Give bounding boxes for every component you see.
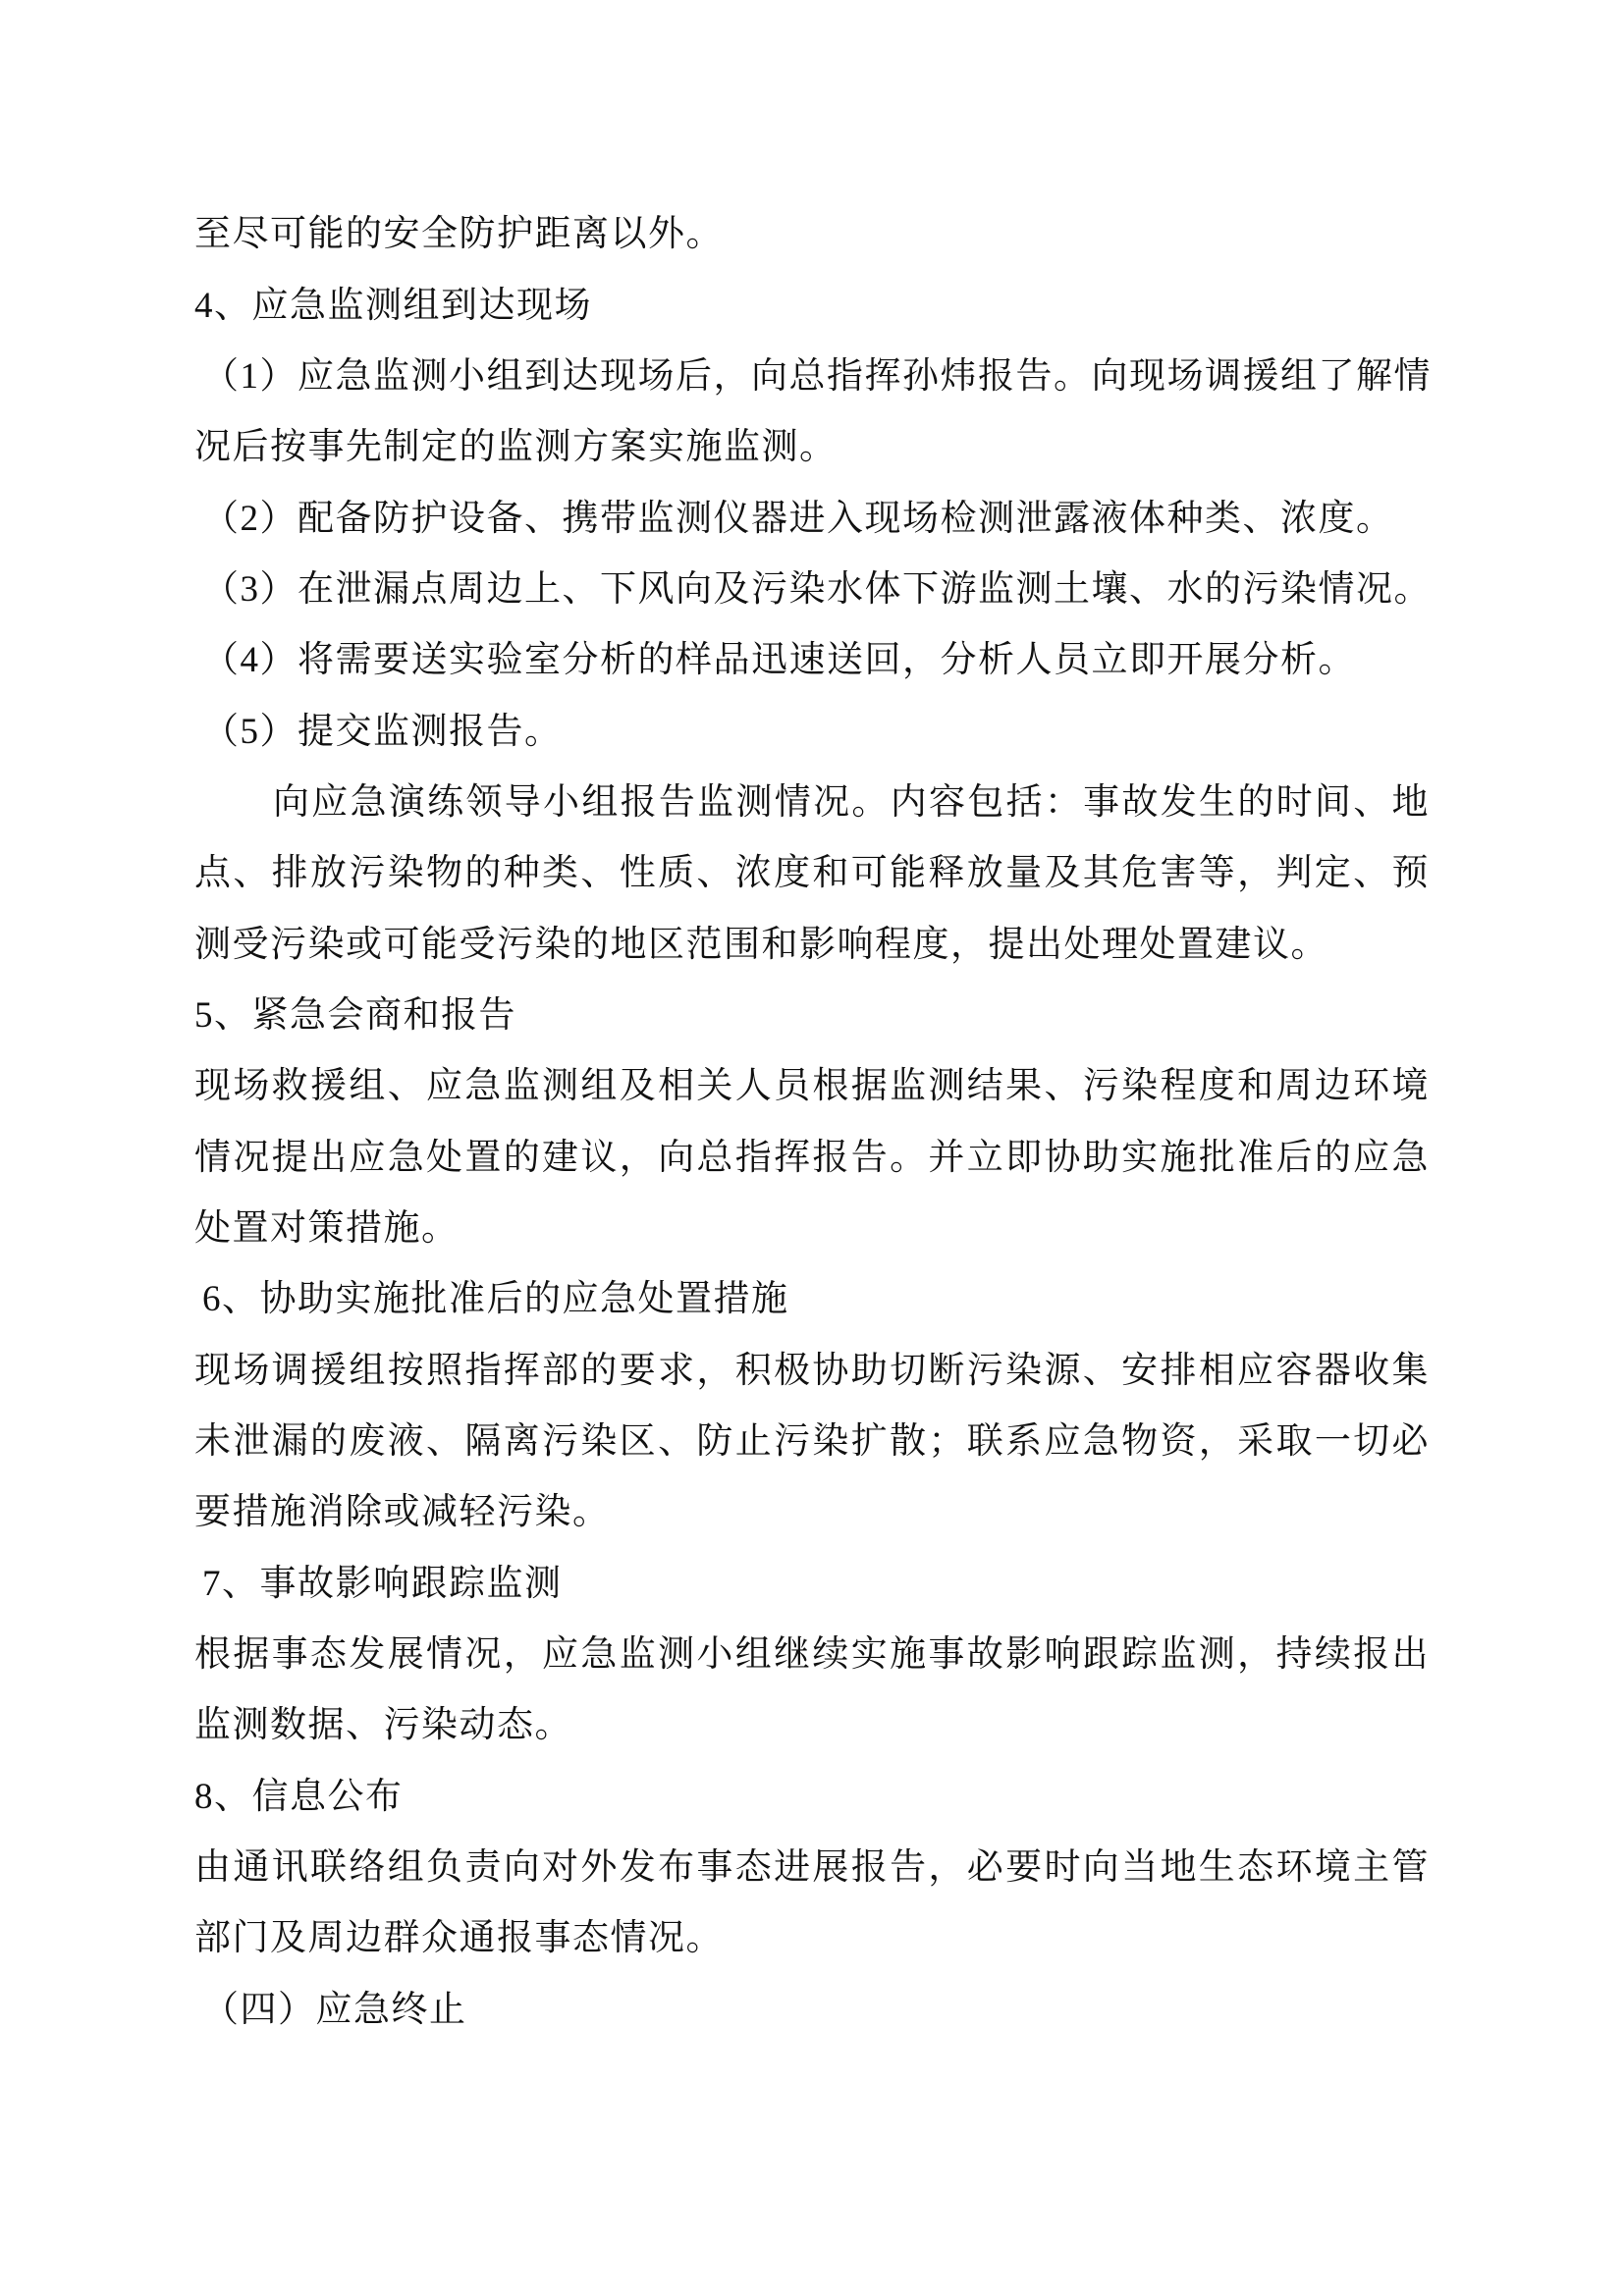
paragraph-line: 至尽可能的安全防护距离以外。	[194, 213, 724, 256]
list-item-2: （2）配备防护设备、携带监测仪器进入现场检测泄露液体种类、浓度。	[202, 498, 1394, 541]
section-heading-5: 5、紧急会商和报告	[194, 994, 516, 1038]
document-page: 至尽可能的安全防护距离以外。 4、应急监测组到达现场 （1）应急监测小组到达现场…	[0, 0, 1624, 2296]
paragraph-consult-line-3: 处置对策措施。	[194, 1207, 460, 1251]
paragraph-assist-line-3: 要措施消除或减轻污染。	[194, 1491, 611, 1534]
section-heading-termination: （四）应急终止	[202, 1989, 467, 2032]
list-item-1: （1）应急监测小组到达现场后，向总指挥孙炜报告。向现场调援组了解情	[202, 355, 1430, 399]
list-item-3: （3）在泄漏点周边上、下风向及污染水体下游监测土壤、水的污染情况。	[202, 568, 1432, 612]
paragraph-info-line-1: 由通讯联络组负责向对外发布事态进展报告，必要时向当地生态环境主管	[194, 1846, 1430, 1890]
section-heading-6: 6、协助实施批准后的应急处置措施	[202, 1278, 789, 1321]
paragraph-report-line-1: 向应急演练领导小组报告监测情况。内容包括：事故发生的时间、地	[273, 781, 1430, 825]
paragraph-report-line-3: 测受污染或可能受污染的地区范围和影响程度，提出处理处置建议。	[194, 924, 1328, 967]
section-heading-8: 8、信息公布	[194, 1776, 404, 1819]
paragraph-tracking-line-2: 监测数据、污染动态。	[194, 1704, 572, 1747]
section-heading-4: 4、应急监测组到达现场	[194, 285, 592, 328]
paragraph-consult-line-2: 情况提出应急处置的建议，向总指挥报告。并立即协助实施批准后的应急	[194, 1137, 1430, 1180]
list-item-4: （4）将需要送实验室分析的样品迅速送回，分析人员立即开展分析。	[202, 639, 1356, 682]
paragraph-assist-line-2: 未泄漏的废液、隔离污染区、防止污染扩散；联系应急物资，采取一切必	[194, 1420, 1430, 1464]
list-item-1-continuation: 况后按事先制定的监测方案实施监测。	[194, 426, 838, 469]
paragraph-assist-line-1: 现场调援组按照指挥部的要求，积极协助切断污染源、安排相应容器收集	[194, 1350, 1430, 1393]
paragraph-tracking-line-1: 根据事态发展情况，应急监测小组继续实施事故影响跟踪监测，持续报出	[194, 1633, 1430, 1677]
section-heading-7: 7、事故影响跟踪监测	[202, 1563, 563, 1606]
paragraph-report-line-2: 点、排放污染物的种类、性质、浓度和可能释放量及其危害等，判定、预	[194, 852, 1430, 895]
paragraph-consult-line-1: 现场救援组、应急监测组及相关人员根据监测结果、污染程度和周边环境	[194, 1065, 1430, 1108]
paragraph-info-line-2: 部门及周边群众通报事态情况。	[194, 1917, 724, 1960]
list-item-5: （5）提交监测报告。	[202, 711, 563, 754]
